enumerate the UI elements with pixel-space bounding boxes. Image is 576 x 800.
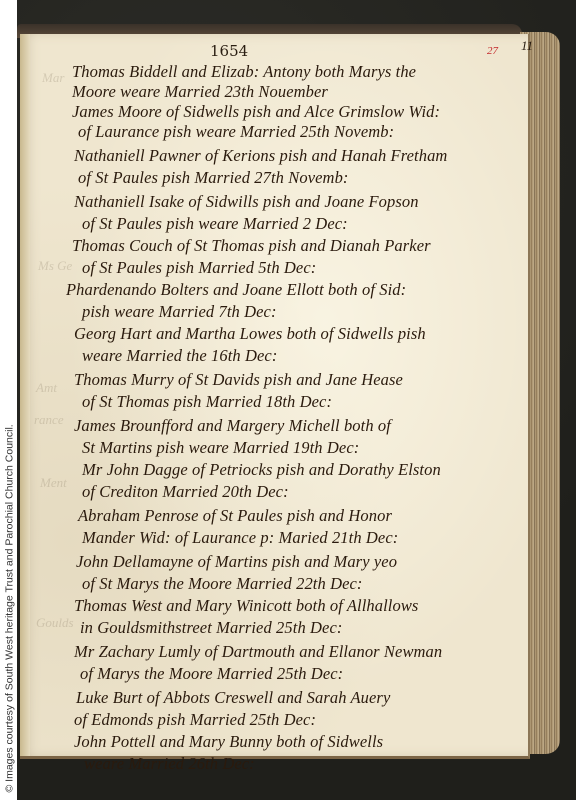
entry-6-line-1: Phardenando Bolters and Joane Ellott bot… [66,280,406,300]
entry-12-line-2: of St Marys the Moore Married 22th Dec: [82,574,363,594]
page-gutter [20,34,30,756]
entry-14-line-2: of Marys the Moore Married 25th Dec: [80,664,343,684]
entry-9-line-2: St Martins pish weare Married 19th Dec: [82,438,359,458]
entry-5-line-1: Thomas Couch of St Thomas pish and Diana… [72,236,431,256]
entry-11-line-1: Abraham Penrose of St Paules pish and Ho… [78,506,392,526]
entry-3-line-2: of St Paules pish Married 27th Novemb: [78,168,349,188]
bleed-through-text: rance [34,412,64,428]
entry-8-line-1: Thomas Murry of St Davids pish and Jane … [74,370,403,390]
entry-10-line-2: of Crediton Married 20th Dec: [82,482,289,502]
bleed-through-text: Amt [36,380,57,396]
entry-15-line-2: of Edmonds pish Married 25th Dec: [74,710,316,730]
entry-4-line-1: Nathaniell Isake of Sidwills pish and Jo… [74,192,419,212]
entry-5-line-2: of St Paules pish Married 5th Dec: [82,258,316,278]
entry-1-line-1: Thomas Biddell and Elizab: Antony both M… [72,62,416,82]
entry-16-line-2: weare Married 26th Dec: [84,754,255,774]
credit-strip: © Images courtesy of South West heritage… [0,0,17,800]
entry-12-line-1: John Dellamayne of Martins pish and Mary… [76,552,397,572]
entry-13-line-1: Thomas West and Mary Winicott both of Al… [74,596,418,616]
entry-15-line-1: Luke Burt of Abbots Creswell and Sarah A… [76,688,390,708]
bleed-through-text: Ment [40,475,67,491]
entry-7-line-2: weare Married the 16th Dec: [82,346,277,366]
bleed-through-text: Mar [42,70,64,86]
folio-number-red: 27 [487,45,498,57]
entry-9-line-1: James Brounfford and Margery Michell bot… [74,416,391,436]
copyright-credit: © Images courtesy of South West heritage… [2,8,18,793]
entry-8-line-2: of St Thomas pish Married 18th Dec: [82,392,332,412]
entry-3-line-1: Nathaniell Pawner of Kerions pish and Ha… [74,146,447,166]
folio-number-ink: 11 [521,38,533,54]
entry-1-line-2: Moore weare Married 23th Nouember [72,82,328,102]
entry-11-line-2: Mander Wid: of Laurance p: Maried 21th D… [82,528,398,548]
entry-6-line-2: pish weare Married 7th Dec: [82,302,277,322]
entry-10-line-1: Mr John Dagge of Petriocks pish and Dora… [82,460,441,480]
entry-2-line-2: of Laurance pish weare Married 25th Nove… [78,122,394,142]
bleed-through-text: Ms Ge [38,258,72,274]
entry-14-line-1: Mr Zachary Lumly of Dartmouth and Ellano… [74,642,442,662]
entry-7-line-1: Georg Hart and Martha Lowes both of Sidw… [74,324,426,344]
entry-2-line-1: James Moore of Sidwells pish and Alce Gr… [72,102,440,122]
entry-13-line-2: in Gouldsmithstreet Married 25th Dec: [80,618,342,638]
bleed-through-text: Goulds [36,615,74,631]
page-year: 1654 [210,42,248,60]
entry-16-line-1: John Pottell and Mary Bunny both of Sidw… [74,732,383,752]
entry-4-line-2: of St Paules pish weare Married 2 Dec: [82,214,348,234]
